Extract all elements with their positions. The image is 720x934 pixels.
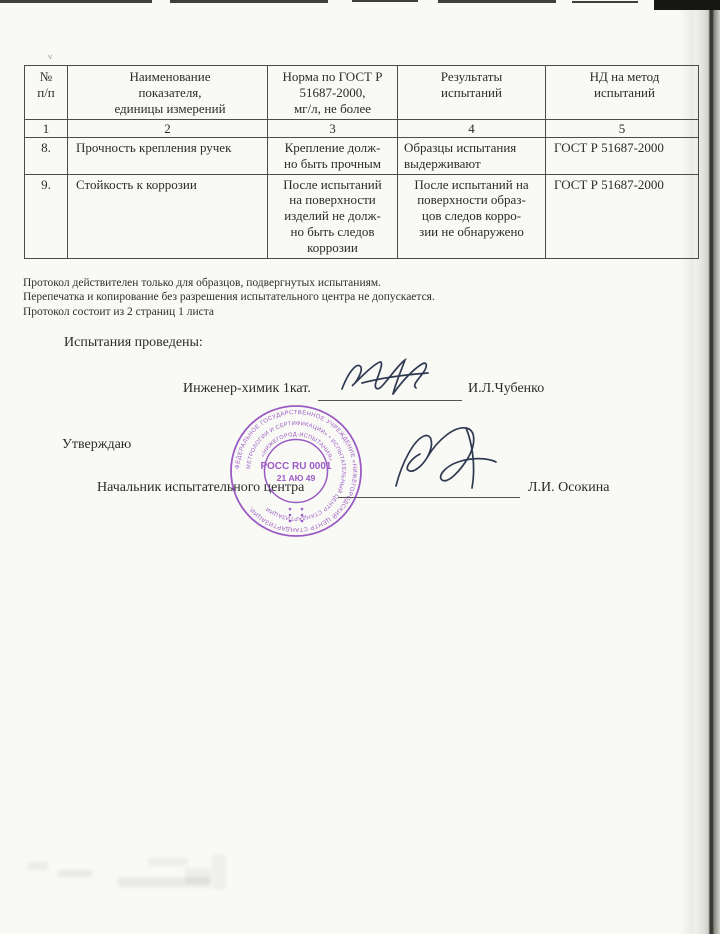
scan-edge-artifact: [438, 0, 556, 3]
svg-text:«НИЖЕГОРОД-ИСПЫТАНИЯ»: «НИЖЕГОРОД-ИСПЫТАНИЯ»: [260, 432, 333, 462]
colnum-cell: 1: [25, 120, 68, 138]
colnum-cell: 4: [398, 120, 546, 138]
row9-number: 9.: [25, 174, 68, 258]
header-cell-norm: Норма по ГОСТ Р 51687-2000, мг/л, не бол…: [268, 66, 398, 120]
scan-edge-artifact: [352, 0, 418, 2]
scanned-protocol-page: ν № п/п Наименование показателя, единицы…: [0, 0, 720, 934]
note-line: Протокол состоит из 2 страниц 1 листа: [23, 305, 435, 319]
header-cell-nd: НД на метод испытаний: [546, 66, 699, 120]
table-row: 8. Прочность крепления ручек Крепление д…: [25, 138, 699, 175]
scan-edge-artifact: [0, 0, 152, 3]
bleed-through-artifact: [148, 858, 188, 866]
tests-conducted-label: Испытания проведены:: [64, 335, 203, 351]
table-header-row: № п/п Наименование показателя, единицы и…: [25, 66, 699, 120]
scan-edge-artifact: [572, 1, 638, 3]
approve-label: Утверждаю: [62, 437, 131, 453]
scan-edge-artifact: [170, 0, 328, 3]
table-row: 9. Стойкость к коррозии После испытаний …: [25, 174, 699, 258]
row9-result: После испытаний на поверхности образ- цо…: [398, 174, 546, 258]
bleed-through-artifact: [28, 862, 48, 870]
engineer-name: И.Л.Чубенко: [468, 381, 544, 397]
note-line: Протокол действителен только для образцо…: [23, 276, 435, 290]
stamp-center-code: РОСС RU 0001: [260, 461, 331, 472]
colnum-cell: 5: [546, 120, 699, 138]
header-cell-result: Результаты испытаний: [398, 66, 546, 120]
row8-result: Образцы испытания выдерживают: [398, 138, 546, 175]
test-results-table: № п/п Наименование показателя, единицы и…: [24, 65, 699, 259]
colnum-cell: 3: [268, 120, 398, 138]
row9-name: Стойкость к коррозии: [68, 174, 268, 258]
scan-corner-artifact: [654, 0, 720, 10]
row8-norm: Крепление долж- но быть прочным: [268, 138, 398, 175]
engineer-role-label: Инженер-химик 1кат.: [183, 381, 311, 397]
row8-number: 8.: [25, 138, 68, 175]
bleed-through-artifact: [212, 855, 226, 889]
column-number-row: 1 2 3 4 5: [25, 120, 699, 138]
head-signature: [388, 422, 510, 498]
colnum-cell: 2: [68, 120, 268, 138]
stray-pen-mark: ν: [47, 51, 53, 62]
stamp-center-number: 21 АЮ 49: [277, 473, 316, 483]
round-stamp: ФЕДЕРАЛЬНОЕ ГОСУДАРСТВЕННОЕ УЧРЕЖДЕНИЕ «…: [228, 403, 364, 539]
engineer-signature: [332, 355, 444, 403]
row9-nd: ГОСТ Р 51687-2000: [546, 174, 699, 258]
note-line: Перепечатка и копирование без разрешения…: [23, 290, 435, 304]
stamp-graphic: ФЕДЕРАЛЬНОЕ ГОСУДАРСТВЕННОЕ УЧРЕЖДЕНИЕ «…: [228, 403, 364, 539]
bleed-through-artifact: [185, 868, 211, 884]
head-name: Л.И. Осокина: [528, 480, 609, 496]
bleed-through-artifact: [58, 870, 92, 877]
row8-nd: ГОСТ Р 51687-2000: [546, 138, 699, 175]
stamp-inner-ring-text: «НИЖЕГОРОД-ИСПЫТАНИЯ»: [260, 432, 333, 462]
header-cell-number: № п/п: [25, 66, 68, 120]
row9-norm: После испытаний на поверхности изделий н…: [268, 174, 398, 258]
header-cell-name: Наименование показателя, единицы измерен…: [68, 66, 268, 120]
protocol-notes: Протокол действителен только для образцо…: [23, 276, 435, 319]
row8-name: Прочность крепления ручек: [68, 138, 268, 175]
